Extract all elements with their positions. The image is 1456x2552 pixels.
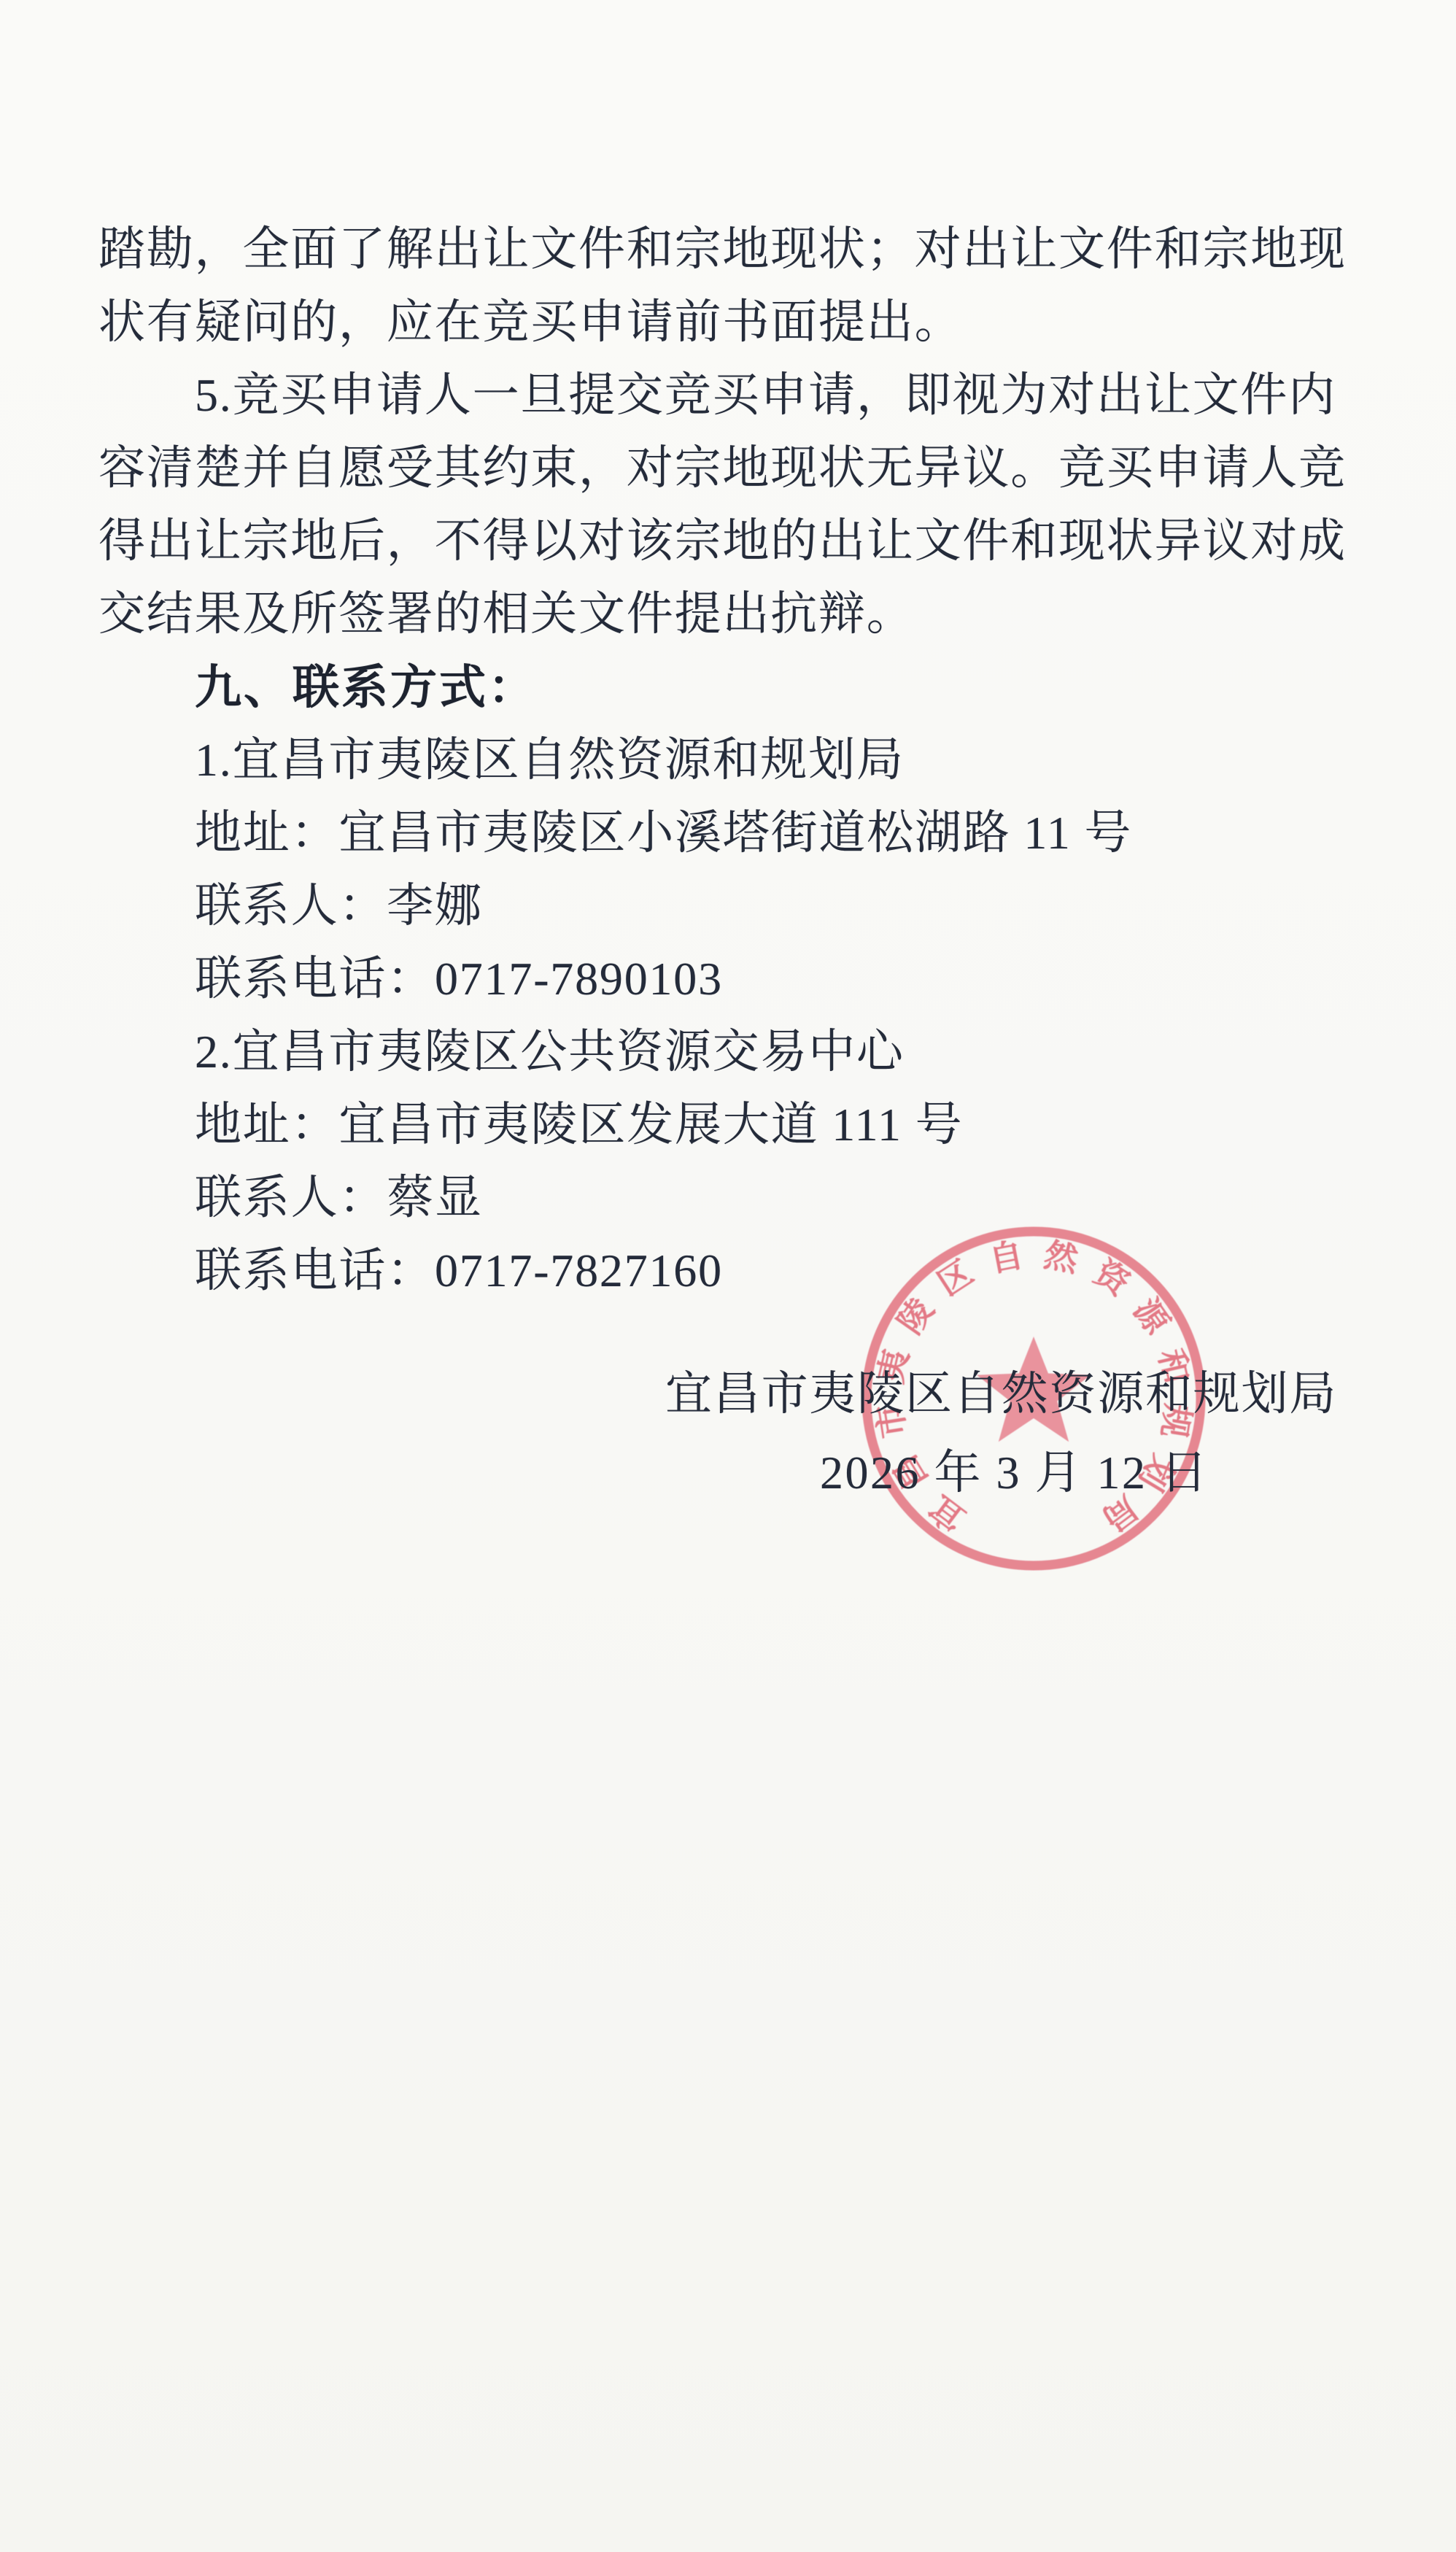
contact-address-2: 地址：宜昌市夷陵区发展大道 111 号	[98, 1089, 1350, 1161]
body-line: 得出让宗地后，不得以对该宗地的出让文件和现状异议对成	[98, 505, 1350, 578]
signature-date: 2026 年 3 月 12 日	[820, 1447, 1209, 1499]
contact-phone-1: 联系电话：0717-7890103	[98, 943, 1350, 1016]
seal-ring-char: 然	[1041, 1236, 1082, 1279]
contact-org-2: 2.宜昌市夷陵区公共资源交易中心	[98, 1016, 1350, 1089]
body-line: 状有疑问的，应在竞买申请前书面提出。	[98, 286, 1350, 359]
seal-ring-char: 自	[986, 1236, 1026, 1279]
contact-person-1: 联系人：李娜	[98, 870, 1350, 943]
body-line: 踏勘，全面了解出让文件和宗地现状；对出让文件和宗地现	[98, 213, 1350, 286]
body-line: 容清楚并自愿受其约束，对宗地现状无异议。竞买申请人竞	[98, 432, 1350, 505]
body-line: 5.竞买申请人一旦提交竞买申请，即视为对出让文件内	[98, 359, 1350, 432]
signature-organization: 宜昌市夷陵区自然资源和规划局	[665, 1369, 1337, 1420]
contact-org-1: 1.宜昌市夷陵区自然资源和规划局	[98, 724, 1350, 797]
body-line: 交结果及所签署的相关文件提出抗辩。	[98, 578, 1350, 651]
document-page: 宜 昌 市 夷 陵 区 自 然 资 源 和 规 划 局 踏勘，全面了解出让文件和…	[0, 0, 1456, 2552]
section-heading-contact: 九、联系方式：	[98, 651, 1350, 724]
document-body: 踏勘，全面了解出让文件和宗地现状；对出让文件和宗地现 状有疑问的，应在竞买申请前…	[98, 213, 1350, 1307]
contact-address-1: 地址：宜昌市夷陵区小溪塔街道松湖路 11 号	[98, 797, 1350, 870]
